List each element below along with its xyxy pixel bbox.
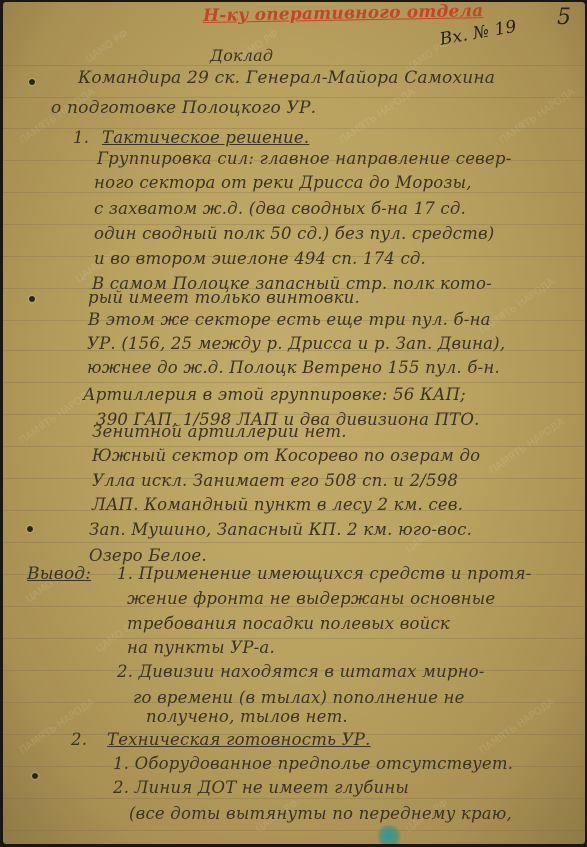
watermark: ПАМЯТЬ НАРОДА: [488, 417, 567, 476]
ruled-line: [3, 542, 585, 543]
document-page: ЦАМО РФ ЦАМО РФ ЦАМО РФ ПАМЯТЬ НАРОДА ПА…: [3, 2, 585, 844]
body-line: Зап. Мушино, Запасный КП. 2 км. юго-вос.: [89, 520, 472, 539]
section2-line: 2. Линия ДОТ не имеет глубины: [113, 778, 409, 797]
watermark: ЦАМО РФ: [85, 29, 131, 65]
section1-heading: Тактическое решение.: [102, 128, 309, 147]
body-line: рый имеет только винтовки.: [88, 288, 360, 307]
section2-line: (все доты вытянуты по переднему краю,: [129, 804, 512, 823]
body-line: Группировка сил: главное направление сев…: [97, 149, 511, 168]
document-subtitle-line1: Командира 29 ск. Генерал-Майора Самохина: [78, 68, 495, 88]
conclusion-line: получено, тылов нет.: [146, 707, 348, 726]
section1-number: 1.: [73, 128, 89, 147]
document-subtitle-line2: о подготовке Полоцкого УР.: [51, 98, 316, 118]
conclusion-line: на пункты УР-а.: [127, 638, 275, 657]
conclusion-line: го времени (в тылах) пополнение не: [133, 688, 465, 707]
conclusion-line: 2. Дивизии находятся в штатах мирно-: [117, 662, 485, 681]
punch-hole: [29, 296, 35, 302]
body-line: один сводный полк 50 сд.) без пул. средс…: [94, 224, 494, 243]
watermark: ПАМЯТЬ НАРОДА: [478, 697, 557, 756]
ruled-line: [3, 192, 585, 193]
conclusion-label: Вывод:: [27, 564, 91, 584]
page-number: 5: [557, 5, 571, 30]
body-line: и во втором эшелоне 494 сп. 174 сд.: [94, 249, 426, 268]
ruled-line: [3, 638, 585, 639]
body-line: Зенитной артиллерии нет.: [92, 422, 347, 441]
conclusion-line: 1. Применение имеющихся средств и протя-: [117, 564, 532, 583]
ruled-line: [3, 830, 585, 831]
red-pencil-header: Н-ку оперативного отдела: [203, 2, 484, 26]
punch-hole: [27, 526, 33, 532]
body-line: Артиллерия в этой группировке: 56 КАП;: [83, 385, 466, 404]
punch-hole: [29, 79, 35, 85]
conclusion-line: жение фронта не выдержаны основные: [127, 589, 495, 608]
body-line: УР. (156, 25 между р. Дрисса и р. Зап. Д…: [87, 334, 505, 353]
ruled-line: [3, 382, 585, 383]
body-line: Улла искл. Занимает его 508 сп. и 2/598: [92, 471, 458, 490]
body-line: В этом же секторе есть еще три пул. б-на: [88, 310, 491, 329]
section2-number: 2.: [71, 730, 87, 749]
body-line: ного сектора от реки Дрисса до Морозы,: [94, 173, 472, 192]
body-line: ЛАП. Командный пункт в лесу 2 км. сев.: [92, 495, 463, 514]
section2-line: 1. Оборудованное предполье отсутствует.: [113, 754, 513, 773]
ink-blot: [376, 825, 402, 844]
ruled-line: [3, 65, 585, 66]
document-title: Доклад: [210, 46, 273, 65]
body-line: Южный сектор от Косорево по озерам до: [92, 446, 480, 465]
body-line: с захватом ж.д. (два сводных б-на 17 сд.: [94, 199, 466, 218]
section2-heading: Техническая готовность УР.: [107, 730, 371, 749]
body-line: Озеро Белое.: [89, 546, 207, 565]
body-line: южнее до ж.д. Полоцк Ветрено 155 пул. б-…: [87, 358, 500, 377]
punch-hole: [32, 773, 38, 779]
conclusion-line: требования посадки полевых войск: [127, 614, 450, 633]
